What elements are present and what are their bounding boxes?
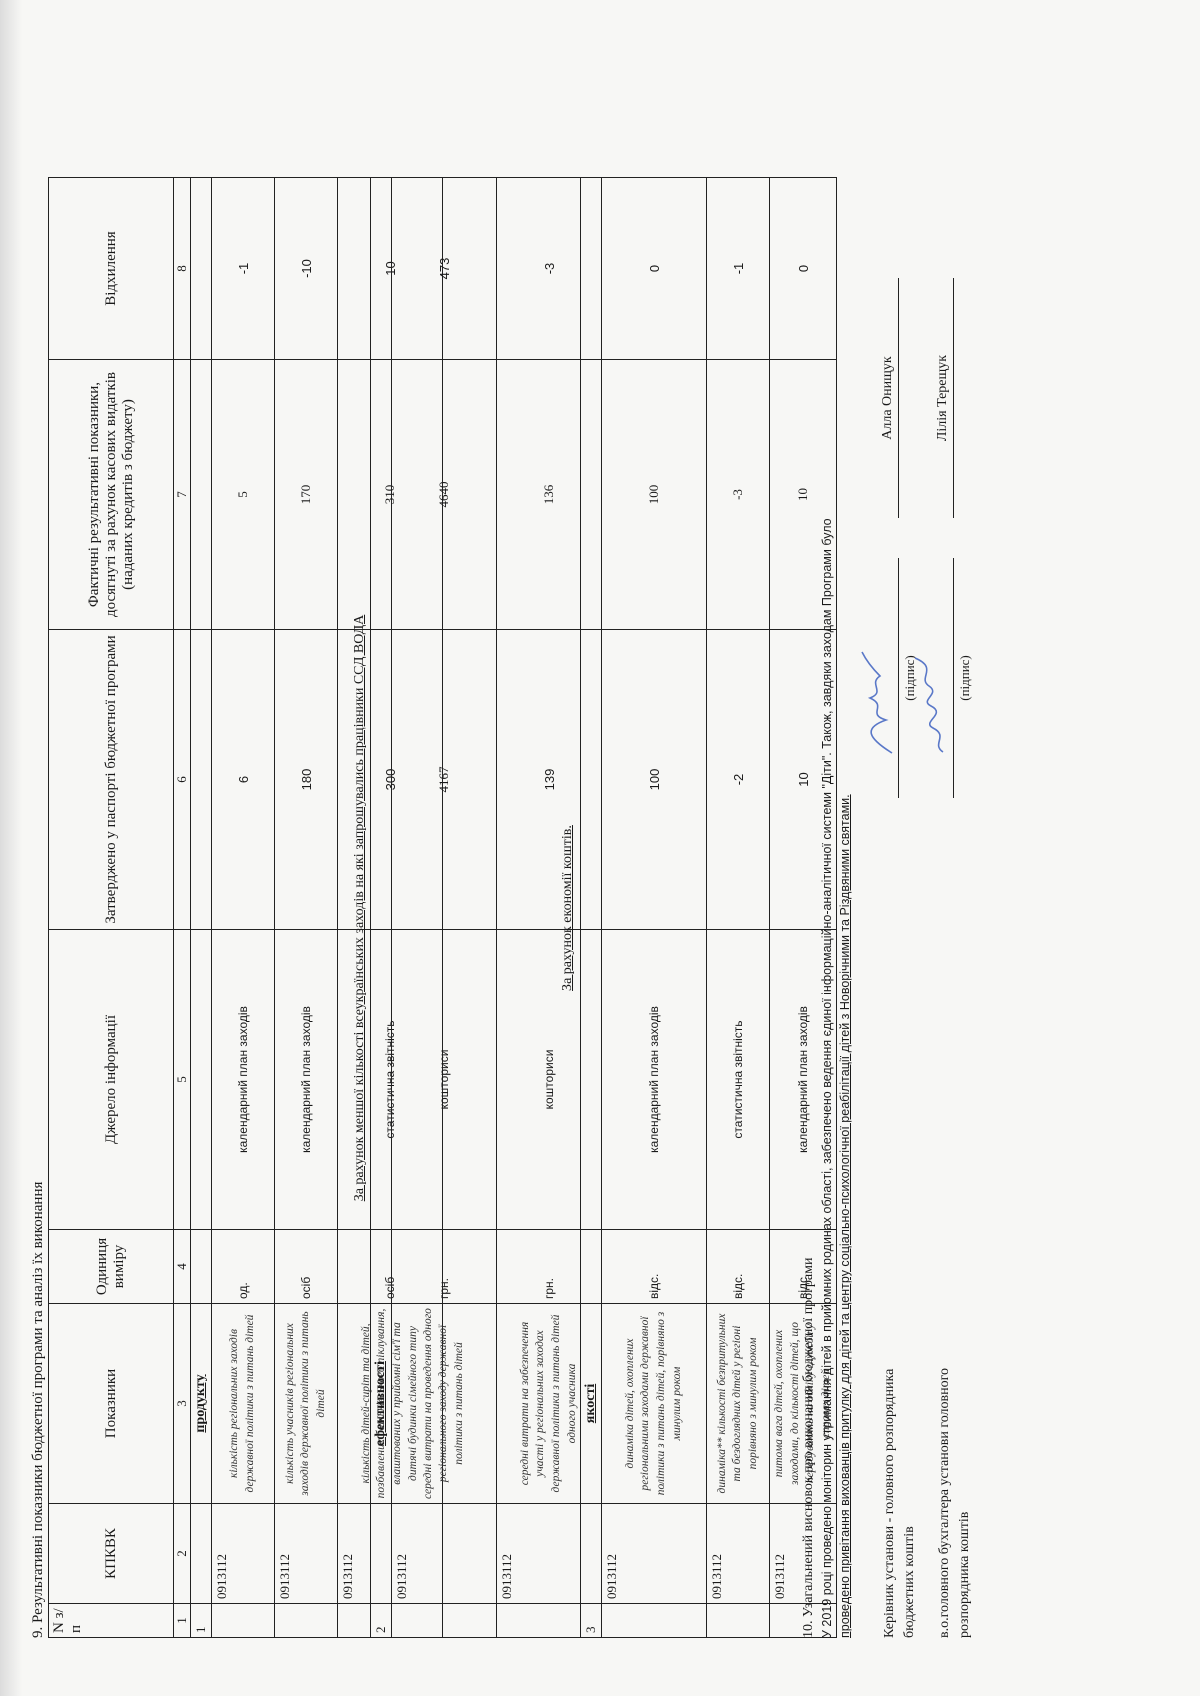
- group-number: 3: [581, 1604, 602, 1638]
- header-kpkvk: КПКВК: [49, 1504, 174, 1604]
- indicator-cell: кількість регіональних заходів державної…: [212, 1304, 275, 1504]
- table-row: 0913112 кількість учасників регіональних…: [275, 178, 338, 1638]
- signatory-role: в.о.головного бухгалтера установи головн…: [935, 1318, 975, 1638]
- actual-cell: 4640: [392, 360, 497, 630]
- table-row: 0913112 динаміка дітей, охоплених регіон…: [602, 178, 707, 1638]
- approved-cell: 4167: [392, 630, 497, 930]
- signatory-name: Лілія Терещук: [935, 278, 954, 518]
- group-row: 3 якості: [581, 178, 602, 1638]
- signatory-name: Алла Онищук: [880, 278, 899, 518]
- group-row: 2 ефективності: [371, 178, 392, 1638]
- deviation-note-product: За рахунок меншої кількості всеукраїнськ…: [352, 178, 368, 1638]
- signature-caption: (підпис): [957, 558, 973, 798]
- table-row: 0913112 кількість регіональних заходів д…: [212, 178, 275, 1638]
- deviation-cell: 0: [602, 178, 707, 360]
- approved-cell: 100: [602, 630, 707, 930]
- conclusion-text-line2: проведено привітання вихованців притулку…: [838, 794, 852, 1638]
- header-indicators: Показники: [49, 1304, 174, 1504]
- colnum: 8: [174, 178, 191, 360]
- kpkvk-cell: 0913112: [212, 1504, 275, 1604]
- group-row: 1 продукту: [191, 178, 212, 1638]
- group-number: 2: [371, 1604, 392, 1638]
- indicator-cell: динаміка** кількості безпритульних та бе…: [707, 1304, 770, 1504]
- kpkvk-cell: 0913112: [602, 1504, 707, 1604]
- colnum: 4: [174, 1230, 191, 1304]
- table-header-row: N з/п КПКВК Показники Одиниця виміру Дже…: [49, 178, 174, 1638]
- colnum: 5: [174, 930, 191, 1230]
- indicators-table-quality: 3 якості 0913112 динаміка дітей, охоплен…: [580, 177, 837, 1638]
- header-source: Джерело інформації: [49, 930, 174, 1230]
- signatory-role: Керівник установи - головного розпорядни…: [880, 1318, 920, 1638]
- document-page: 9. Результативні показники бюджетної про…: [0, 0, 1200, 1696]
- group-name: ефективності: [371, 1304, 392, 1504]
- header-number: N з/п: [49, 1604, 174, 1638]
- deviation-cell: 473: [392, 178, 497, 360]
- colnum: 7: [174, 360, 191, 630]
- colnum: 1: [174, 1604, 191, 1638]
- header-approved: Затверджено у паспорті бюджетної програм…: [49, 630, 174, 930]
- header-deviation: Відхилення: [49, 178, 174, 360]
- approved-cell: 180: [275, 630, 338, 930]
- table-row: 0913112 середні витрати на проведення од…: [392, 178, 497, 1638]
- colnum: 6: [174, 630, 191, 930]
- conclusion-text-line1: У 2019 році проведено моніторин утриманн…: [818, 118, 836, 1638]
- kpkvk-cell: 0913112: [275, 1504, 338, 1604]
- indicator-cell: динаміка дітей, охоплених регіональними …: [602, 1304, 707, 1504]
- source-cell: календарний план заходів: [602, 930, 707, 1230]
- conclusion-section: 10. Узагальнений висновок про виконання …: [800, 118, 854, 1638]
- section9-title: 9. Результативні показники бюджетної про…: [30, 1182, 47, 1638]
- indicator-cell: кількість учасників регіональних заходів…: [275, 1304, 338, 1504]
- group-name: продукту: [191, 1304, 212, 1504]
- kpkvk-cell: 0913112: [392, 1504, 497, 1604]
- approved-cell: -2: [707, 630, 770, 930]
- scan-edge: [0, 0, 22, 1696]
- kpkvk-cell: 0913112: [707, 1504, 770, 1604]
- unit-cell: грн.: [392, 1230, 497, 1304]
- header-actual: Фактичні результативні показники, досягн…: [49, 360, 174, 630]
- indicator-cell: середні витрати на проведення одного рег…: [392, 1304, 497, 1504]
- source-cell: статистична звітність: [707, 930, 770, 1230]
- signature-line: [935, 558, 954, 798]
- approved-cell: 6: [212, 630, 275, 930]
- source-cell: календарний план заходів: [275, 930, 338, 1230]
- deviation-cell: -1: [212, 178, 275, 360]
- deviation-cell: -10: [275, 178, 338, 360]
- table-row: 0913112 динаміка** кількості безпритульн…: [707, 178, 770, 1638]
- deviation-cell: -1: [707, 178, 770, 360]
- colnum: 2: [174, 1504, 191, 1604]
- deviation-note-efficiency: За рахунок економії коштів.: [560, 178, 576, 1638]
- actual-cell: 170: [275, 360, 338, 630]
- unit-cell: відс.: [707, 1230, 770, 1304]
- header-unit: Одиниця виміру: [49, 1230, 174, 1304]
- actual-cell: -3: [707, 360, 770, 630]
- conclusion-title: 10. Узагальнений висновок про виконання …: [800, 118, 818, 1638]
- signature-line: [880, 558, 899, 798]
- actual-cell: 100: [602, 360, 707, 630]
- source-cell: кошториси: [392, 930, 497, 1230]
- colnum: 3: [174, 1304, 191, 1504]
- source-cell: календарний план заходів: [212, 930, 275, 1230]
- column-number-row: 1 2 3 4 5 6 7 8: [174, 178, 191, 1638]
- group-name: якості: [581, 1304, 602, 1504]
- unit-cell: осіб: [275, 1230, 338, 1304]
- unit-cell: відс.: [602, 1230, 707, 1304]
- group-number: 1: [191, 1604, 212, 1638]
- actual-cell: 5: [212, 360, 275, 630]
- unit-cell: од.: [212, 1230, 275, 1304]
